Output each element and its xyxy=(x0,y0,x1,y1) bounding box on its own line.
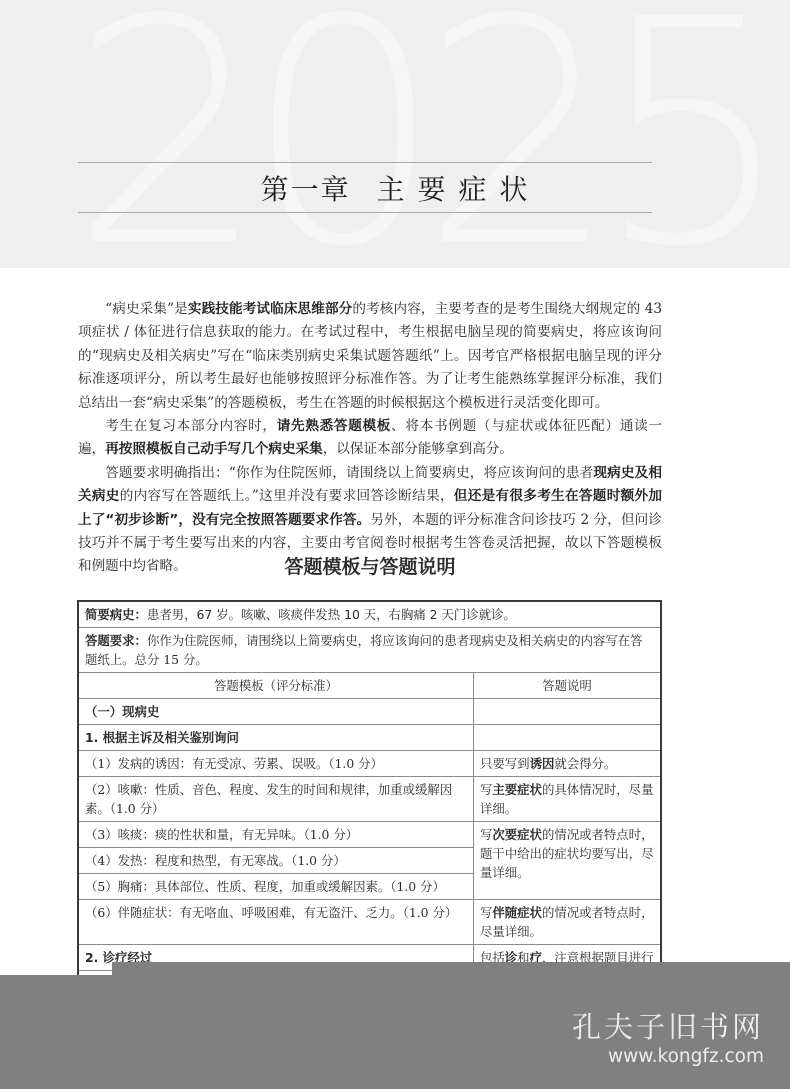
intro-text: “病史采集”是实践技能考试临床思维部分的考核内容，主要考查的是考生围绕大纲规定的… xyxy=(78,298,662,579)
background-year-watermark: 2025 xyxy=(70,0,771,268)
header-bottom-rule xyxy=(78,212,652,213)
chapter-name: 主 要 症 状 xyxy=(377,173,530,206)
table-row: （1）发病的诱因：有无受凉、劳累、误吸。（1.0 分） 只要写到诱因就会得分。 xyxy=(78,751,661,777)
subsection-chief-complaint: 1. 根据主诉及相关鉴别询问 xyxy=(78,725,474,751)
note-4: 写伴随症状的情况或者特点时，尽量详细。 xyxy=(474,900,662,945)
site-watermark: 孔夫子旧书网 www.kongfz.com xyxy=(572,1010,764,1070)
watermark-name: 孔夫子旧书网 xyxy=(572,1010,764,1044)
table-row: （3）咳痰：痰的性状和量，有无异味。（1.0 分） 写次要症状的情况或者特点时，… xyxy=(78,822,661,848)
subsection-row: 1. 根据主诉及相关鉴别询问 xyxy=(78,725,661,751)
brief-history-label: 简要病史： xyxy=(85,607,147,622)
note-3: 写次要症状的情况或者特点时，题干中给出的症状均要写出，尽量详细。 xyxy=(474,822,662,900)
col-header-template: 答题模板（评分标准） xyxy=(78,673,474,699)
requirement-label: 答题要求： xyxy=(85,633,147,648)
brief-history-text: 患者男，67 岁。咳嗽、咳痰伴发热 10 天，右胸痛 2 天门诊就诊。 xyxy=(147,607,516,622)
watermark-url: www.kongfz.com xyxy=(572,1044,764,1070)
header-top-rule xyxy=(78,162,652,163)
row-item-3: （3）咳痰：痰的性状和量，有无异味。（1.0 分） xyxy=(78,822,474,848)
requirement-row: 答题要求：你作为住院医师，请围绕以上简要病史，将应该询问的患者现病史及相关病史的… xyxy=(78,628,661,673)
section-present-illness: （一）现病史 xyxy=(78,699,474,725)
brief-history-row: 简要病史：患者男，67 岁。咳嗽、咳痰伴发热 10 天，右胸痛 2 天门诊就诊。 xyxy=(78,601,661,628)
table-row: （2）咳嗽：性质、音色、程度、发生的时间和规律，加重或缓解因素。（1.0 分） … xyxy=(78,777,661,822)
intro-paragraph-2: 考生在复习本部分内容时，请先熟悉答题模板、将本书例题（与症状或体征匹配）通读一遍… xyxy=(78,415,662,462)
chapter-title: 第一章主 要 症 状 xyxy=(0,168,790,208)
intro-paragraph-1: “病史采集”是实践技能考试临床思维部分的考核内容，主要考查的是考生围绕大纲规定的… xyxy=(78,298,662,415)
chapter-header-band: 2025 第一章主 要 症 状 xyxy=(0,0,790,268)
section-row: （一）现病史 xyxy=(78,699,661,725)
note-1: 只要写到诱因就会得分。 xyxy=(474,751,662,777)
answer-template-table: 简要病史：患者男，67 岁。咳嗽、咳痰伴发热 10 天，右胸痛 2 天门诊就诊。… xyxy=(77,600,662,1019)
section-title: 答题模板与答题说明 xyxy=(0,552,740,579)
column-header-row: 答题模板（评分标准） 答题说明 xyxy=(78,673,661,699)
gray-overlay-top xyxy=(112,962,790,975)
row-item-1: （1）发病的诱因：有无受凉、劳累、误吸。（1.0 分） xyxy=(78,751,474,777)
row-item-6: （6）伴随症状：有无咯血、呼吸困难，有无盗汗、乏力。（1.0 分） xyxy=(78,900,474,945)
row-item-5: （5）胸痛：具体部位、性质、程度，加重或缓解因素。（1.0 分） xyxy=(78,874,474,900)
table-row: （6）伴随症状：有无咯血、呼吸困难，有无盗汗、乏力。（1.0 分） 写伴随症状的… xyxy=(78,900,661,945)
requirement-text: 你作为住院医师，请围绕以上简要病史，将应该询问的患者现病史及相关病史的内容写在答… xyxy=(85,633,643,667)
row-item-4: （4）发热：程度和热型，有无寒战。（1.0 分） xyxy=(78,848,474,874)
col-header-notes: 答题说明 xyxy=(474,673,662,699)
note-2: 写主要症状的具体情况时，尽量详细。 xyxy=(474,777,662,822)
chapter-number: 第一章 xyxy=(261,173,351,206)
row-item-2: （2）咳嗽：性质、音色、程度、发生的时间和规律，加重或缓解因素。（1.0 分） xyxy=(78,777,474,822)
